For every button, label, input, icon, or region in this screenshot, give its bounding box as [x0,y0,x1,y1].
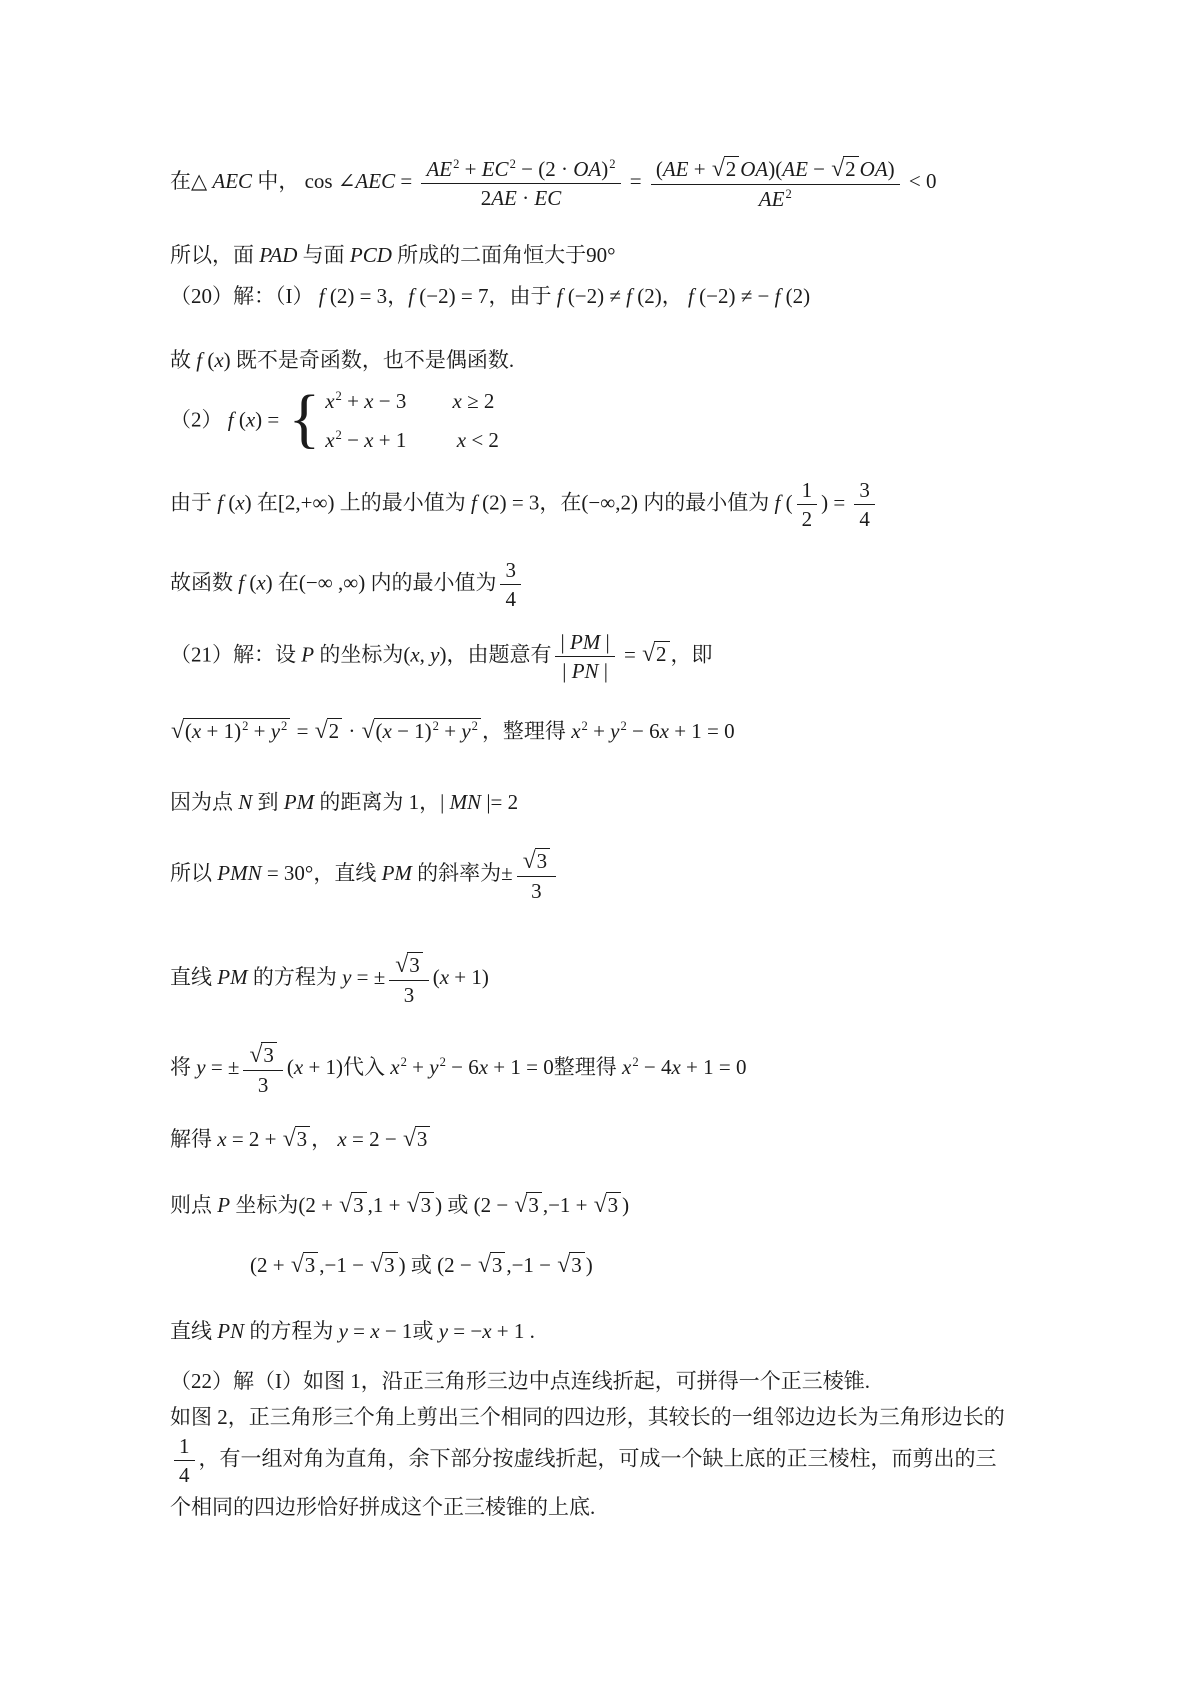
text-run: 解得 [170,1127,217,1151]
math-italic: y [196,1055,205,1079]
fraction: √33 [517,848,556,903]
text-run: 所以 [170,861,217,885]
math-italic: x [660,719,669,743]
math-italic: PM [217,965,247,989]
math-upright: 3 [297,1127,308,1151]
fraction: | PM || PN | [555,630,614,683]
text-run: （20）解：（I） [170,284,319,308]
math-upright: = [619,642,641,666]
superscript: 2 [609,157,615,171]
math-italic: AE [663,157,689,181]
text-run: 直线 [170,1319,217,1343]
math-italic: x [410,642,419,666]
math-upright: | [599,659,608,683]
line-q22-figure2-text: 如图 2，正三角形三个角上剪出三个相同的四边形，其较长的一组邻边边长为三角形边长… [170,1404,1005,1431]
math-upright: 3 [258,1073,269,1097]
math-upright: 3 [608,1193,619,1217]
radical: √3 [291,1252,318,1278]
text-run: 则点 [170,1193,217,1217]
math-upright: 2 [329,719,340,743]
math-upright: = [291,719,313,743]
line-q21-point-n-distance: 因为点 N 到 PM 的距离为 1，| MN |= 2 [170,789,518,816]
text-run: 所以，面 [170,243,259,267]
text-run: 因为点 [170,790,238,814]
math-upright: 3 [531,879,542,903]
math-upright: + [439,719,461,743]
math-upright: ) [601,157,608,181]
math-italic: AE [426,157,452,181]
math-upright: 3 [263,1043,274,1067]
math-italic: PM [570,630,600,654]
text-run: 既不是奇函数，也不是偶函数. [231,348,515,372]
text-run: 直线 [170,965,217,989]
math-upright: 3 [384,1253,395,1277]
left-brace-icon: { [289,386,321,452]
math-upright: ≥ 2 [462,389,495,413]
math-italic: x [364,389,373,413]
text-run: 到 [252,790,284,814]
math-upright: = [348,1319,370,1343]
math-italic: x [192,719,201,743]
math-upright: ,−1 − [319,1253,369,1277]
math-upright: 3 [571,1253,582,1277]
math-upright: 3 [421,1193,432,1217]
radical: √2 [642,641,669,667]
math-upright: 4 [179,1463,190,1487]
math-upright: + 1 = 0 [669,719,735,743]
math-italic: AEC [212,169,252,193]
line-cosine-rule-inequality: 在△ AEC 中， cos ∠AEC = AE2 + EC2 − (2 · OA… [170,156,937,211]
text-run: 的斜率为 [412,861,501,885]
math-upright: 90° [586,243,615,267]
math-upright: + [689,157,711,181]
math-upright: 3 [417,1127,428,1151]
math-upright: + 1 [374,429,407,453]
math-upright: (−2) ≠ − [694,284,775,308]
text-run: 在△ [170,169,212,193]
math-upright: ) [245,490,252,514]
math-italic: x [457,429,466,453]
text-run: ，由于 [488,284,556,308]
text-run: ，由题意有 [446,642,551,666]
math-upright: | [560,630,569,654]
radical: √(x + 1)2 + y2 [171,718,290,744]
radical: √3 [557,1252,584,1278]
math-italic: x [214,348,223,372]
math-italic: x [364,429,373,453]
math-upright: ,1 + [368,1193,406,1217]
math-upright: − 1) [392,719,432,743]
math-upright: ) [266,570,273,594]
math-upright: | [562,659,571,683]
line-q22-end-line: 个相同的四边形恰好拼成这个正三棱锥的上底. [170,1494,595,1521]
piecewise-row: x2 + x − 3x ≥ 2 [325,388,499,415]
math-italic: x [337,1127,346,1151]
math-upright: ( [202,348,214,372]
math-italic: OA [573,157,601,181]
radical: √3 [249,1042,276,1068]
radical: √3 [523,848,550,874]
math-upright: 2 [726,157,737,181]
math-italic: y [342,965,351,989]
math-upright: | [600,630,609,654]
math-italic: y [439,1319,448,1343]
math-italic: PM [284,790,314,814]
radical: √3 [407,1192,434,1218]
text-run: 上的最小值为 [334,490,471,514]
math-italic: x [482,1319,491,1343]
math-upright: (−2) ≠ [563,284,627,308]
math-upright: · [517,186,535,210]
math-upright: 3 [305,1253,316,1277]
math-italic: P [217,1193,230,1217]
math-upright: ,−1 + [543,1193,593,1217]
math-upright: + 1 = 0 [488,1055,554,1079]
math-upright: + 1) [201,719,241,743]
line-dihedral-angle-conclusion: 所以，面 PAD 与面 PCD 所成的二面角恒大于90° [170,242,616,269]
radical: √2 [315,718,342,744]
math-upright: ( [234,407,246,431]
math-upright: ( [656,157,663,181]
text-run: 坐标为 [230,1193,298,1217]
math-upright: )( [768,157,782,181]
math-upright: − (2 · [516,157,573,181]
text-run: 的方程为 [248,965,343,989]
text-run: 的坐标为 [314,642,403,666]
math-italic: x [571,719,580,743]
radical: √3 [403,1126,430,1152]
math-upright: · [343,719,361,743]
fraction: √33 [243,1042,282,1097]
line-q21-substitution: 将 y = ±√33(x + 1)代入 x2 + y2 − 6x + 1 = 0… [170,1042,746,1097]
math-italic: EC [534,186,561,210]
text-run: 或 [412,1319,438,1343]
math-italic: y [461,719,470,743]
text-run: 或 [406,1253,438,1277]
text-run: 与面 [297,243,350,267]
line-q20-part1-values: （20）解：（I） f (2) = 3，f (−2) = 7，由于 f (−2)… [170,283,810,310]
math-upright: 3 [404,983,415,1007]
math-upright: ( [185,719,192,743]
piecewise-group: {x2 + x − 3x ≥ 2x2 − x + 1x < 2 [289,388,499,455]
superscript: 2 [472,719,478,733]
math-italic: x [325,429,334,453]
text-run: 整理得 [554,1055,622,1079]
math-italic: PN [572,659,599,683]
math-upright: = ± [351,965,385,989]
math-upright: ) [586,1253,593,1277]
line-q21-p-coordinates-1: 则点 P 坐标为(2 + √3,1 + √3) 或 (2 − √3,−1 + √… [170,1192,629,1219]
superscript: 2 [281,719,287,733]
math-italic: MN [450,790,482,814]
math-italic: x [294,1055,303,1079]
math-upright: 3 [492,1253,503,1277]
text-run: 如图 2，正三角形三个角上剪出三个相同的四边形，其较长的一组邻边边长为三角形边长… [170,1405,1005,1429]
math-upright: ( [433,965,440,989]
fraction: 14 [174,1434,195,1487]
text-run: ， [387,284,408,308]
math-upright: 3 [353,1193,364,1217]
math-upright: 1 [179,1434,190,1458]
math-upright: (−∞,2) [581,490,638,514]
math-italic: AE [782,157,808,181]
superscript: 2 [785,187,791,201]
math-upright: 3 [859,478,870,502]
math-upright: (−2) = 7 [414,284,488,308]
math-upright: ) [224,348,231,372]
fraction: 34 [500,558,521,611]
math-upright: − [342,429,364,453]
math-upright: (2) [632,284,662,308]
math-upright: 1 [403,790,419,814]
math-upright: = [625,169,647,193]
math-upright: (2) [780,284,810,308]
math-upright: = 30° [262,861,314,885]
math-upright: + 1) [303,1055,343,1079]
line-q22-part1: （22）解（I）如图 1，沿正三角形三边中点连线折起，可拼得一个正三棱锥. [170,1368,870,1395]
line-q21-solve-x: 解得 x = 2 + √3， x = 2 − √3 [170,1126,431,1153]
math-upright: 4 [859,507,870,531]
line-q21-setup: （21）解：设 P 的坐标为(x, y)，由题意有| PM || PN | = … [170,630,713,683]
math-upright: + [248,719,270,743]
math-italic: x [453,389,462,413]
math-upright: + [588,719,610,743]
math-upright: 1 [802,478,813,502]
math-upright: ( [244,570,256,594]
math-upright: ( [223,490,235,514]
fraction: 34 [854,478,875,531]
math-italic: y [610,719,619,743]
text-run: 故函数 [170,570,238,594]
math-italic: PN [217,1319,244,1343]
text-run: 内的最小值为 [365,570,496,594]
text-run: （22）解（I）如图 1，沿正三角形三边中点连线折起，可拼得一个正三棱锥. [170,1369,870,1393]
radical: √3 [283,1126,310,1152]
line-q21-angle-slope: 所以 PMN = 30°，直线 PM 的斜率为±√33 [170,848,560,903]
text-run: 内的最小值为 [638,490,775,514]
math-italic: EC [482,157,509,181]
math-italic: x [370,1319,379,1343]
math-upright: + 1) [449,965,489,989]
math-italic: x [383,719,392,743]
math-upright: ,−1 − [506,1253,556,1277]
line-q21-pm-equation: 直线 PM 的方程为 y = ±√33(x + 1) [170,952,489,1007]
fraction: 12 [797,478,818,531]
math-upright: 3 [505,558,516,582]
math-italic: OA [740,157,768,181]
radical: √3 [395,952,422,978]
math-upright: 2 [656,642,667,666]
math-upright: = − [448,1319,482,1343]
math-upright: |= 2 [481,790,518,814]
math-upright: = 2 + [227,1127,282,1151]
text-run: . [524,1319,535,1343]
math-upright: − 6 [627,719,660,743]
document-page: 在△ AEC 中， cos ∠AEC = AE2 + EC2 − (2 · OA… [0,0,1200,1698]
math-upright: 3 [537,849,548,873]
radical: √3 [478,1252,505,1278]
radical: √3 [594,1192,621,1218]
math-italic: P [301,642,314,666]
math-italic: y [429,1055,438,1079]
math-italic: N [238,790,252,814]
text-run: 个相同的四边形恰好拼成这个正三棱锥的上底. [170,1495,595,1519]
math-upright: + 1 = 0 [681,1055,747,1079]
text-run: 中， [252,169,305,193]
math-upright: ) = [255,407,284,431]
math-upright: [2,+∞) [278,490,335,514]
radical: √3 [370,1252,397,1278]
text-run: 在 [273,570,299,594]
text-run: 故 [170,348,196,372]
math-italic: x [256,570,265,594]
math-upright: = [395,169,417,193]
radical: √3 [514,1192,541,1218]
piecewise-row: x2 − x + 1x < 2 [325,427,499,454]
fraction: √33 [389,952,428,1007]
math-italic: AEC [355,169,395,193]
math-upright: (2 + [250,1253,290,1277]
math-upright: , [420,642,431,666]
math-upright: (2 + [298,1193,338,1217]
math-upright: 2 [845,157,856,181]
line-q21-p-coordinates-2: (2 + √3,−1 − √3) 或 (2 − √3,−1 − √3) [250,1252,593,1279]
text-run: （21）解：设 [170,642,301,666]
math-italic: x [390,1055,399,1079]
math-italic: x [440,965,449,989]
text-run: ， [311,1127,337,1151]
text-run: 或 [442,1193,474,1217]
math-upright: − 3 [374,389,407,413]
math-upright: ) = [821,490,850,514]
fraction: AE2 + EC2 − (2 · OA)22AE · EC [421,157,620,210]
text-run: ， [419,790,440,814]
text-run: 所成的二面角恒大于 [392,243,586,267]
text-run: ，整理得 [482,719,571,743]
math-italic: PAD [259,243,297,267]
radical: √3 [339,1192,366,1218]
math-upright: ) [399,1253,406,1277]
math-italic: OA [860,157,888,181]
math-italic: PMN [217,861,261,885]
text-run: ，直线 [313,861,381,885]
math-upright: ± [501,861,513,885]
math-upright: = ± [206,1055,240,1079]
line-q21-distance-equation: √(x + 1)2 + y2 = √2 · √(x − 1)2 + y2，整理得… [170,718,735,745]
math-upright: (2 − [474,1193,514,1217]
math-upright: 2 [481,186,492,210]
math-upright: | [440,790,449,814]
math-italic: AE [491,186,517,210]
math-upright: − 6 [446,1055,479,1079]
math-italic: x [671,1055,680,1079]
math-italic: x [246,407,255,431]
math-upright: < 2 [466,429,499,453]
line-q22-quarter-line: 14，有一组对角为直角，余下部分按虚线折起，可成一个缺上底的正三棱柱，而剪出的三 [170,1434,997,1487]
math-italic: x [622,1055,631,1079]
text-run: （2） [170,407,228,431]
math-italic: y [271,719,280,743]
math-upright: ( [287,1055,294,1079]
math-italic: x [217,1127,226,1151]
math-italic: y [339,1319,348,1343]
math-upright: 3 [409,953,420,977]
text-run: 的方程为 [244,1319,339,1343]
radical: √2 [831,156,858,182]
math-upright: ( [780,490,792,514]
text-run: ，有一组对角为直角，余下部分按虚线折起，可成一个缺上底的正三棱柱，而剪出的三 [199,1446,997,1470]
math-upright: cos ∠ [305,169,356,193]
math-upright: ) [888,157,895,181]
math-upright: 3 [528,1193,539,1217]
line-q20-part2-piecewise: （2） f (x) = {x2 + x − 3x ≥ 2x2 − x + 1x … [170,388,499,455]
math-upright: (2) = 3 [477,490,540,514]
radical: √2 [712,156,739,182]
math-upright: (−∞ ,∞) [299,570,365,594]
math-upright: (2 − [437,1253,477,1277]
line-q20-global-min: 故函数 f (x) 在(−∞ ,∞) 内的最小值为34 [170,558,525,611]
math-upright: 2 [802,507,813,531]
radical: √(x − 1)2 + y2 [362,718,481,744]
math-upright: − 4 [639,1055,672,1079]
math-upright: + [459,157,481,181]
math-italic: PCD [350,243,392,267]
fraction: (AE + √2OA)(AE − √2OA)AE2 [651,156,900,211]
math-italic: x [479,1055,488,1079]
math-upright: = 2 − [347,1127,402,1151]
math-upright: + [342,389,364,413]
text-run: 在 [252,490,278,514]
line-q20-min-values: 由于 f (x) 在[2,+∞) 上的最小值为 f (2) = 3，在(−∞,2… [170,478,879,531]
math-upright: − 1 [380,1319,413,1343]
math-italic: x [325,389,334,413]
math-italic: PM [382,861,412,885]
math-upright: ( [376,719,383,743]
text-run: 由于 [170,490,217,514]
math-upright: 4 [505,587,516,611]
math-italic: x [235,490,244,514]
text-run: ，在 [539,490,581,514]
text-run: ，即 [671,642,713,666]
math-upright: + [407,1055,429,1079]
math-upright: ) [622,1193,629,1217]
math-italic: AE [759,187,785,211]
math-upright: < 0 [904,169,937,193]
text-run: 代入 [343,1055,390,1079]
text-run: 将 [170,1055,196,1079]
math-upright: + 1 [492,1319,525,1343]
text-run: ， [662,284,688,308]
math-upright: − [808,157,830,181]
line-q21-pn-equation: 直线 PN 的方程为 y = x − 1或 y = −x + 1 . [170,1318,535,1345]
text-run: 的距离为 [314,790,403,814]
line-q20-odd-even-conclusion: 故 f (x) 既不是奇函数，也不是偶函数. [170,347,514,374]
math-upright: (2) = 3 [325,284,388,308]
